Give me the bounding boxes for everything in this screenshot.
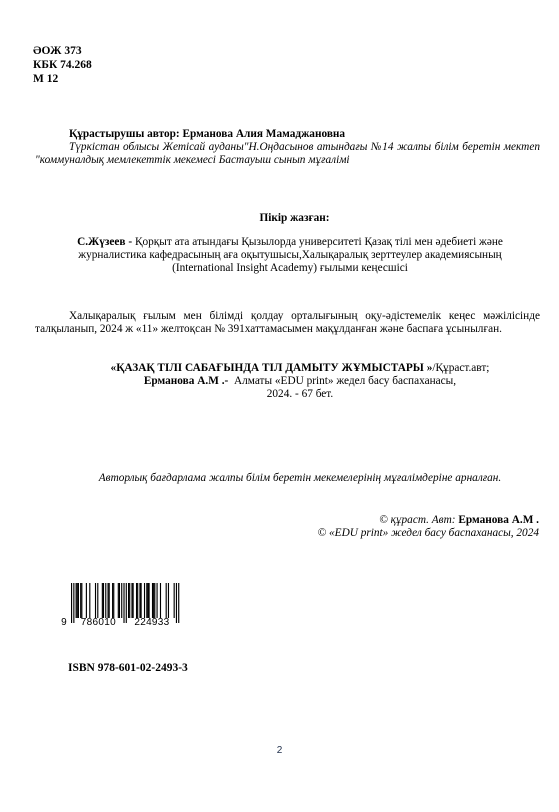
isbn-barcode: 9786010224933 xyxy=(60,580,190,630)
copyright-author: © құраст. Авт: Ерманова А.М . xyxy=(318,514,539,527)
approval-text: Халықаралық ғылым мен білімді қолдау орт… xyxy=(35,310,540,336)
reviewer-name: С.Жүзеев xyxy=(77,236,125,248)
svg-text:786010: 786010 xyxy=(81,617,116,628)
author-block: Құрастырушы автор: Ерманова Алия Мамаджа… xyxy=(35,128,540,167)
reviewer-block: С.Жүзеев - Қорқыт ата атындағы Қызылорда… xyxy=(60,236,520,275)
biblio-line-1: «ҚАЗАҚ ТІЛІ САБАҒЫНДА ТІЛ ДАМЫТУ ЖҰМЫСТА… xyxy=(60,362,540,375)
biblio-publisher: Алматы «EDU print» жедел басу баспаханас… xyxy=(228,375,456,387)
svg-text:224933: 224933 xyxy=(134,617,169,628)
classification-codes: ӘОЖ 373 КБК 74.268 М 12 xyxy=(33,44,92,86)
purpose-statement: Авторлық бағдарлама жалпы білім беретін … xyxy=(60,472,540,485)
author-mark: М 12 xyxy=(33,72,92,86)
lbc-code: КБК 74.268 xyxy=(33,58,92,72)
page-number: 2 xyxy=(0,745,559,756)
copyright-block: © құраст. Авт: Ерманова А.М . © «EDU pri… xyxy=(318,514,539,540)
author-name: Құрастырушы автор: Ерманова Алия Мамаджа… xyxy=(35,128,540,141)
author-description: Түркістан облысы Жетісай ауданы"Н.Оңдасы… xyxy=(35,141,540,167)
book-title: «ҚАЗАҚ ТІЛІ САБАҒЫНДА ТІЛ ДАМЫТУ ЖҰМЫСТА… xyxy=(111,362,433,374)
biblio-year-pages: 2024. - 67 бет. xyxy=(60,388,540,401)
copyright-author-name: Ерманова А.М . xyxy=(458,514,539,526)
reviewer-description: Қорқыт ата атындағы Қызылорда университе… xyxy=(78,236,503,274)
udc-code: ӘОЖ 373 xyxy=(33,44,92,58)
copyright-publisher: © «EDU print» жедел басу баспаханасы, 20… xyxy=(318,527,539,540)
approval-block: Халықаралық ғылым мен білімді қолдау орт… xyxy=(35,310,540,336)
book-title-suffix: /Құраст.авт; xyxy=(432,362,489,374)
bibliographic-record: «ҚАЗАҚ ТІЛІ САБАҒЫНДА ТІЛ ДАМЫТУ ЖҰМЫСТА… xyxy=(60,362,540,401)
copyright-author-prefix: © құраст. Авт: xyxy=(379,514,458,526)
svg-text:9: 9 xyxy=(61,617,67,628)
isbn-number: ISBN 978-601-02-2493-3 xyxy=(68,662,188,674)
reviewer-separator: - xyxy=(126,236,135,248)
reviewer-heading: Пікір жазған: xyxy=(0,212,559,225)
biblio-line-2: Ерманова А.М .- Алматы «EDU print» жедел… xyxy=(60,375,540,388)
biblio-author: Ерманова А.М .- xyxy=(144,375,228,387)
